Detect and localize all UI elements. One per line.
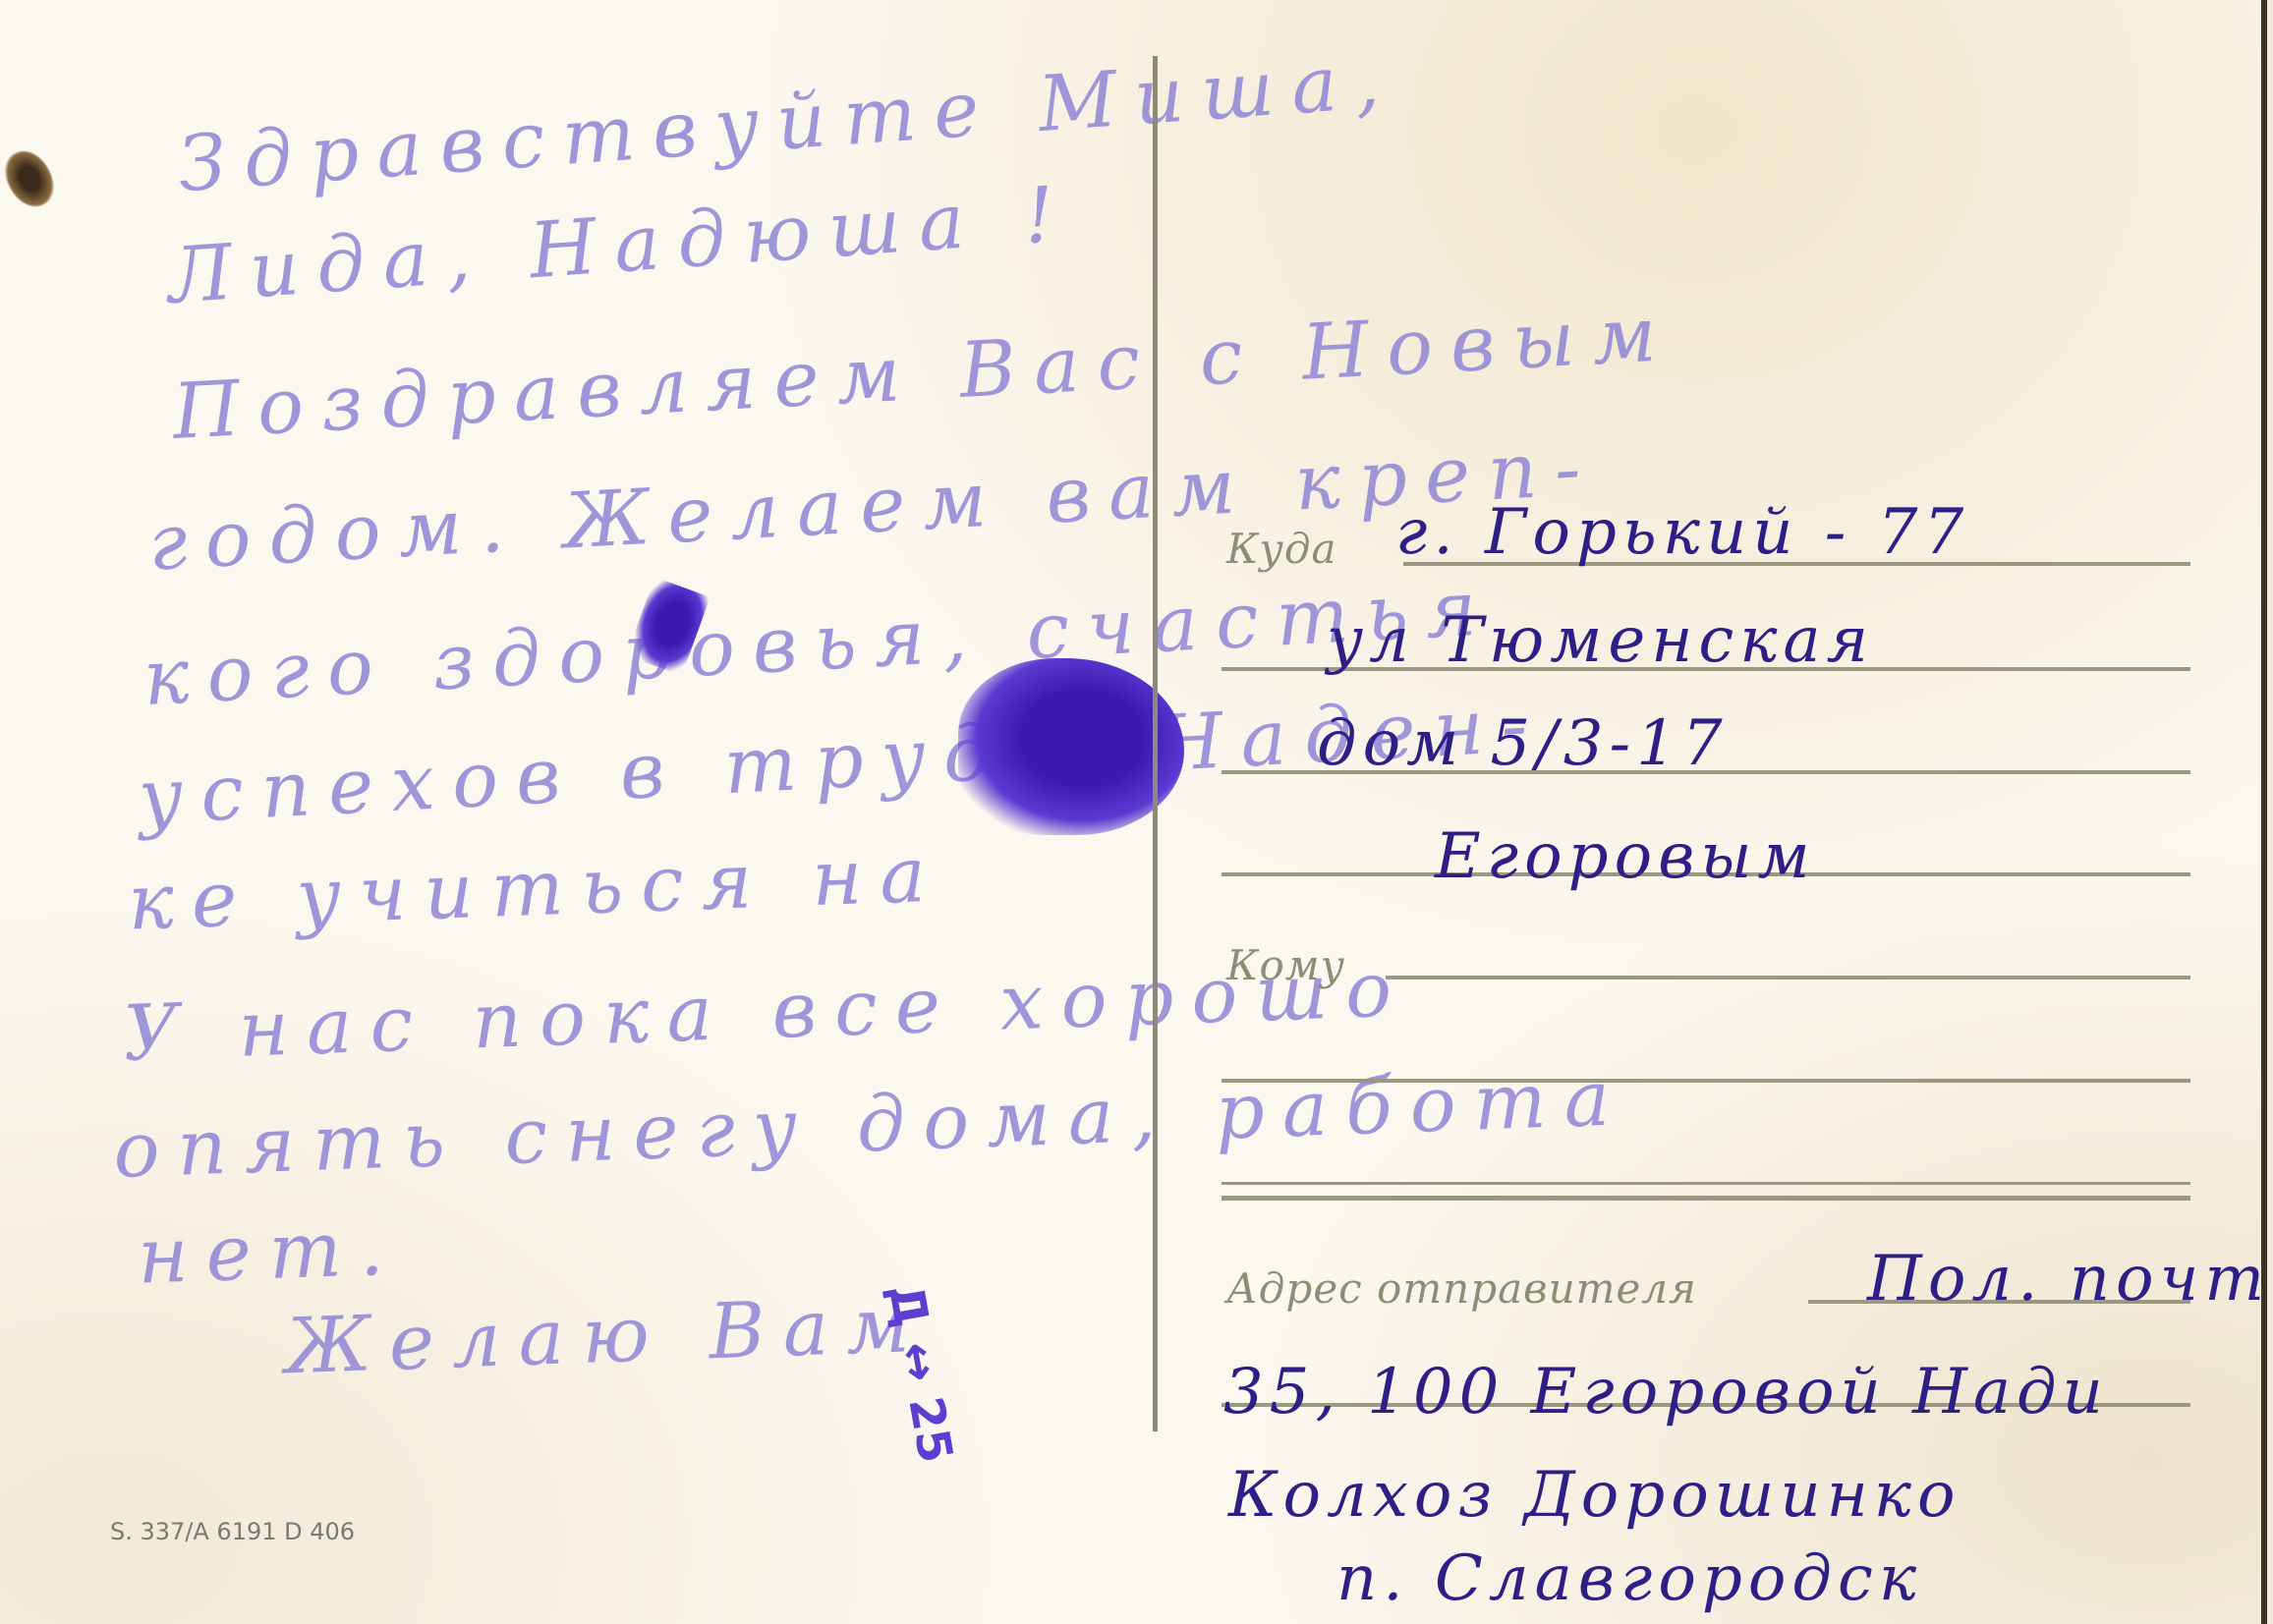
recipient-address-line: г. Горький - 77 [1395, 496, 1969, 569]
address-rule [1222, 1196, 2190, 1201]
sender-address-line: п. Славгородск [1336, 1542, 1922, 1615]
to-where-label: Куда [1226, 525, 1337, 573]
sender-address-line: Пол. почт. [1867, 1243, 2273, 1316]
recipient-address-line: дом 5/3-17 [1317, 707, 1729, 780]
paper-stain [0, 142, 63, 215]
print-code: S. 337/A 6191 D 406 [110, 1518, 355, 1545]
recipient-address-line: ул Тюменская [1327, 604, 1874, 677]
message-line: опять снегу дома, работа [112, 1054, 1629, 1196]
recipient-address-line: Егоровым [1435, 820, 1816, 893]
address-rule [1222, 1079, 2190, 1083]
ink-blot [958, 658, 1184, 835]
message-line: ке учиться на [127, 831, 945, 948]
to-whom-label: Кому [1226, 941, 1345, 989]
message-line: нет. [137, 1204, 403, 1301]
message-line: У нас пока все хорошо [122, 945, 1411, 1079]
vertical-divider [1153, 56, 1158, 1431]
message-line: Желаю Вам [284, 1281, 930, 1392]
message-line: Здравствуйте Миша, [175, 36, 1399, 209]
address-rule [1222, 1182, 2190, 1185]
sender-address-line: Колхоз Дорошинко [1228, 1459, 1961, 1532]
address-rule [1386, 976, 2190, 980]
message-line: годом. Желаем вам креп- [146, 423, 1601, 588]
sender-address-line: 35, 100 Егоровой Нади [1223, 1356, 2109, 1428]
postmark-fragment: Д ↔ 25 [878, 1280, 963, 1467]
sender-label: Адрес отправителя [1226, 1264, 1697, 1313]
postcard-back: Здравствуйте Миша, Лида, Надюша ! Поздра… [0, 0, 2267, 1624]
